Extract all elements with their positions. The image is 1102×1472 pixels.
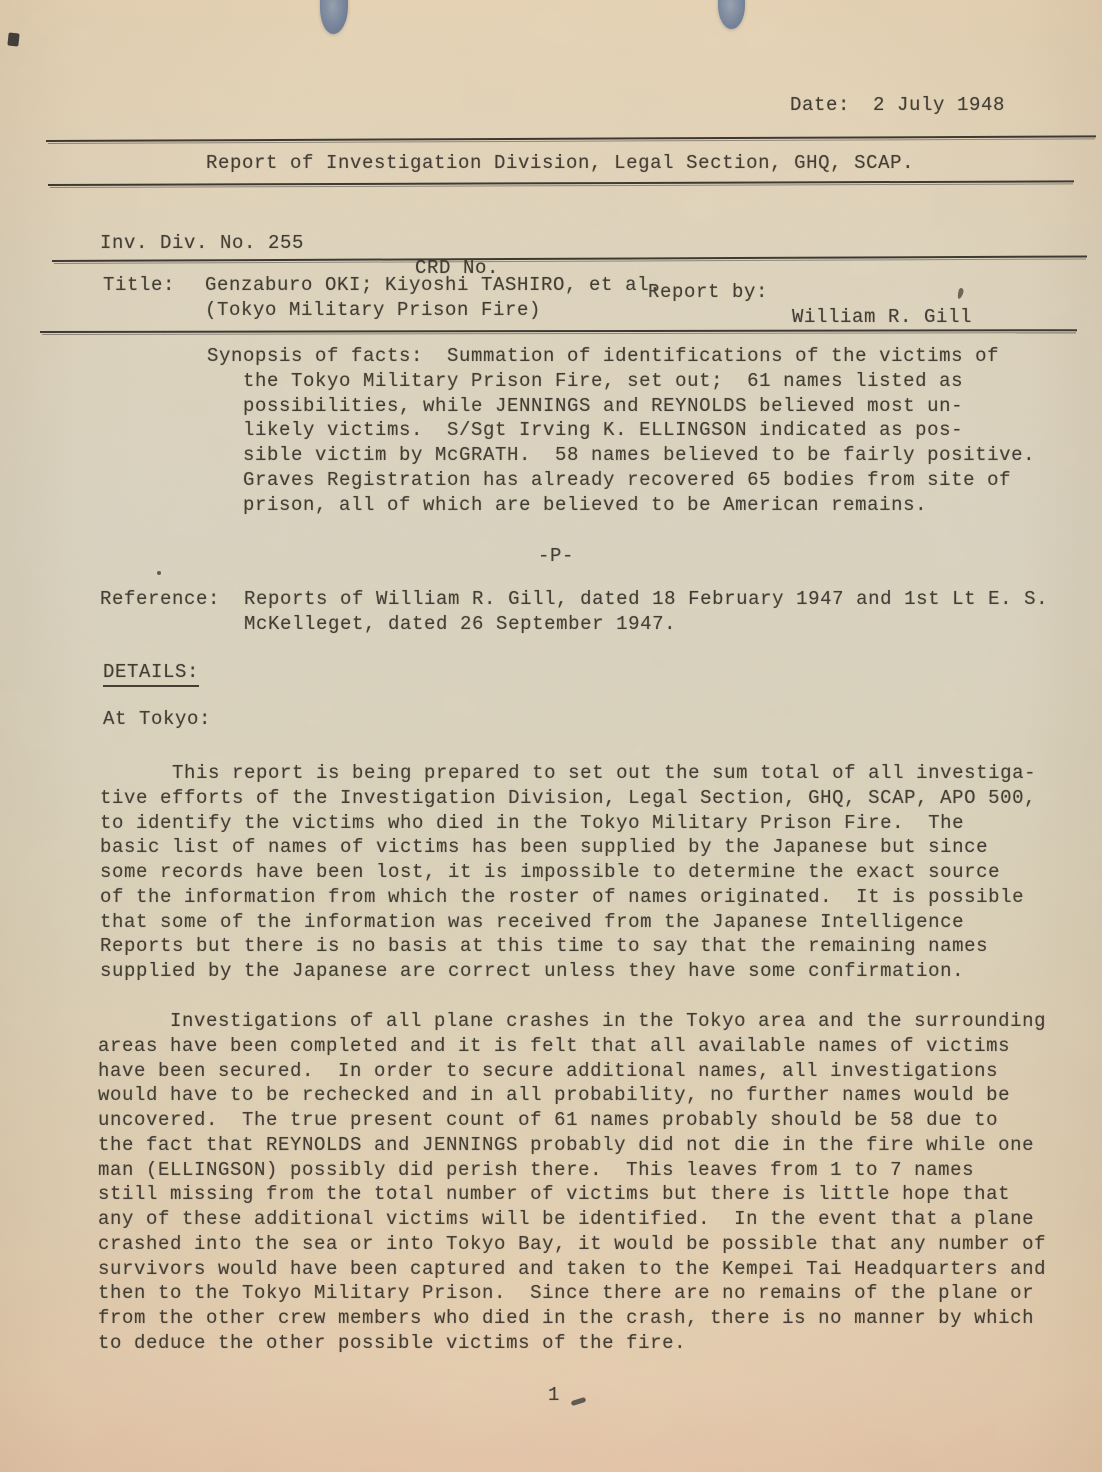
synopsis-line: sible victim by McGRATH. 58 names believ…	[207, 443, 1035, 468]
staple-hole-left	[320, 0, 348, 34]
reference-line: McKelleget, dated 26 September 1947.	[100, 612, 1048, 637]
date-line: Date:2 July 1948	[790, 93, 1005, 118]
synopsis-line: Synopsis of facts: Summation of identifi…	[207, 344, 1035, 369]
body-line: survivors would have been captured and t…	[98, 1257, 1046, 1282]
body-paragraph-2: Investigations of all plane crashes in t…	[98, 1009, 1046, 1356]
report-by-value: William R. Gill	[792, 305, 972, 330]
masthead-title: Report of Investigation Division, Legal …	[206, 151, 914, 176]
body-line: of the information from which the roster…	[100, 885, 1036, 910]
body-line: would have to be rechecked and in all pr…	[98, 1083, 1046, 1108]
body-line: This report is being prepared to set out…	[100, 761, 1036, 786]
synopsis-line: possibilities, while JENNINGS and REYNOL…	[207, 394, 1035, 419]
date-value: 2 July 1948	[873, 94, 1005, 116]
details-heading-text: DETAILS:	[103, 661, 199, 687]
case-info-row: Inv. Div. No. 255 CRD No. Report by: Wil…	[0, 206, 1102, 231]
body-line: from the other crew members who died in …	[98, 1306, 1046, 1331]
page-break-mark: -P-	[538, 544, 574, 569]
report-by-label: Report by:	[648, 280, 768, 305]
body-line: any of these additional victims will be …	[98, 1207, 1046, 1232]
reference-line: Reference: Reports of William R. Gill, d…	[100, 587, 1048, 612]
page-number: 1	[548, 1383, 560, 1408]
body-line: basic list of names of victims has been …	[100, 835, 1036, 860]
ink-square-mark	[7, 32, 19, 46]
body-line: Reports but there is no basis at this ti…	[100, 934, 1036, 959]
scanned-report-page: Date:2 July 1948 Report of Investigation…	[0, 0, 1102, 1472]
title-line: Genzaburo OKI; Kiyoshi TASHIRO, et al.	[205, 273, 661, 298]
synopsis-line: Graves Registration has already recovere…	[207, 468, 1035, 493]
body-line: have been secured. In order to secure ad…	[98, 1059, 1046, 1084]
date-label: Date:	[790, 94, 850, 116]
pen-dash-mark	[571, 1397, 587, 1406]
body-line: the fact that REYNOLDS and JENNINGS prob…	[98, 1133, 1046, 1158]
body-line: supplied by the Japanese are correct unl…	[100, 959, 1036, 984]
synopsis-line: the Tokyo Military Prison Fire, set out;…	[207, 369, 1035, 394]
title-label: Title:	[103, 273, 175, 298]
body-line: to deduce the other possible victims of …	[98, 1331, 1046, 1356]
body-line: that some of the information was receive…	[100, 910, 1036, 935]
details-heading: DETAILS:	[103, 660, 199, 685]
ink-dot	[157, 571, 161, 575]
body-line: man (ELLINGSON) possibly did perish ther…	[98, 1158, 1046, 1183]
title-value: Genzaburo OKI; Kiyoshi TASHIRO, et al.(T…	[205, 273, 661, 323]
body-line: areas have been completed and it is felt…	[98, 1034, 1046, 1059]
ink-speck	[957, 288, 965, 300]
synopsis-line: prison, all of which are believed to be …	[207, 493, 1035, 518]
divider-under-title	[40, 329, 1077, 333]
inv-div-number: Inv. Div. No. 255	[100, 231, 304, 256]
body-line: then to the Tokyo Military Prison. Since…	[98, 1281, 1046, 1306]
synopsis-line: likely victims. S/Sgt Irving K. ELLINGSO…	[207, 418, 1035, 443]
body-line: tive efforts of the Investigation Divisi…	[100, 786, 1036, 811]
body-line: uncovered. The true present count of 61 …	[98, 1108, 1046, 1133]
divider-top	[46, 135, 1096, 142]
body-line: crashed into the sea or into Tokyo Bay, …	[98, 1232, 1046, 1257]
body-paragraph-1: This report is being prepared to set out…	[100, 761, 1036, 984]
body-line: Investigations of all plane crashes in t…	[98, 1009, 1046, 1034]
body-line: some records have been lost, it is impos…	[100, 860, 1036, 885]
body-line: still missing from the total number of v…	[98, 1182, 1046, 1207]
reference-block: Reference: Reports of William R. Gill, d…	[100, 587, 1048, 637]
body-line: to identify the victims who died in the …	[100, 811, 1036, 836]
staple-hole-right	[718, 0, 745, 29]
synopsis-block: Synopsis of facts: Summation of identifi…	[207, 344, 1035, 517]
divider-under-masthead	[48, 180, 1074, 186]
divider-under-case-row	[52, 255, 1087, 262]
title-line: (Tokyo Military Prison Fire)	[205, 298, 661, 323]
location-heading: At Tokyo:	[103, 707, 211, 732]
